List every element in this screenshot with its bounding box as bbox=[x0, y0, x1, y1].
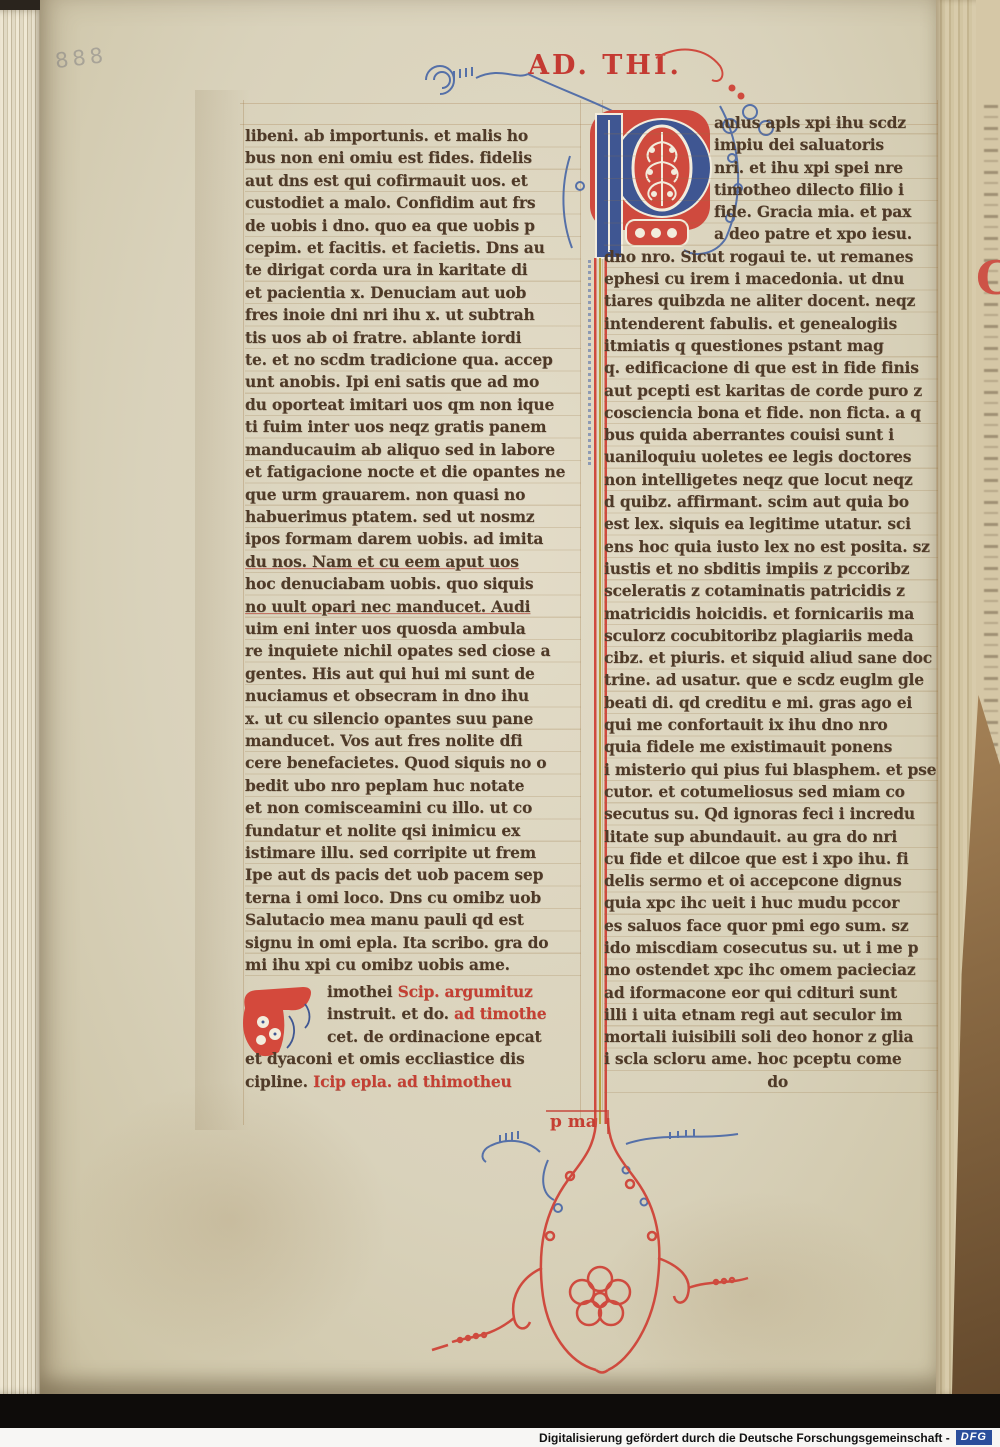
manuscript-text-line: unt anobis. Ipi eni satis que ad mo bbox=[245, 371, 581, 393]
manuscript-text-line: ido miscdiam cosecutus su. ut i me p bbox=[604, 937, 938, 959]
left-text-column: libeni. ab importunis. et malis hobus no… bbox=[245, 125, 581, 976]
manuscript-text-line: du nos. Nam et cu eem aput uos bbox=[245, 551, 581, 573]
manuscript-text-line: cet. de ordinacione epcat bbox=[245, 1026, 581, 1048]
manuscript-text-line: de uobis i dno. quo ea que uobis p bbox=[245, 215, 581, 237]
manuscript-text-line: terna i omi loco. Dns cu omibz uob bbox=[245, 887, 581, 909]
digitization-footer: Digitalisierung gefördert durch die Deut… bbox=[0, 1428, 1000, 1447]
manuscript-text-line: fres inoie dni nri ihu x. ut subtrah bbox=[245, 304, 581, 326]
manuscript-text-line: Salutacio mea manu pauli qd est bbox=[245, 909, 581, 931]
manuscript-text-line: x. ut cu silencio opantes suu pane bbox=[245, 708, 581, 730]
manuscript-text-line: aulus apls xpi ihu scdz bbox=[604, 112, 938, 134]
manuscript-text-line: delis sermo et oi accepcone dignus bbox=[604, 870, 938, 892]
manuscript-text-line: litate sup abundauit. au gra do nri bbox=[604, 826, 938, 848]
manuscript-text-line: quia fidele me existimauit ponens bbox=[604, 736, 938, 758]
manuscript-text-line: bus quida aberrantes couisi sunt i bbox=[604, 424, 938, 446]
manuscript-text-line: dno nro. Sicut rogaui te. ut remanes bbox=[604, 246, 938, 268]
book-page-stack-left bbox=[0, 10, 44, 1394]
manuscript-text-line: ipos formam darem uobis. ad imita bbox=[245, 528, 581, 550]
manuscript-text-line: ephesi cu irem i macedonia. ut dnu bbox=[604, 268, 938, 290]
manuscript-text-line: mi ihu xpi cu omibz uobis ame. bbox=[245, 954, 581, 976]
manuscript-scan: C 888 AD. THI. bbox=[0, 0, 1000, 1447]
manuscript-text-line: non intelligetes neqz que locut neqz bbox=[604, 469, 938, 491]
manuscript-text-line: quia xpc ihc ueit i huc mudu pccor bbox=[604, 892, 938, 914]
manuscript-text-line: do bbox=[604, 1071, 938, 1093]
manuscript-text-line: instruit. et do. ad timothe bbox=[245, 1003, 581, 1025]
manuscript-text-line: bedit ubo nro peplam huc notate bbox=[245, 775, 581, 797]
manuscript-text-line: mortali iuisibili soli deo honor z glia bbox=[604, 1026, 938, 1048]
manuscript-text-line: secutus su. Qd ignoras feci i incredu bbox=[604, 803, 938, 825]
manuscript-text-line: beati di. qd creditu e mi. gras ago ei bbox=[604, 692, 938, 714]
manuscript-text-line: qui me confortauit ix ihu dno nro bbox=[604, 714, 938, 736]
manuscript-text-line: aut pcepti est karitas de corde puro z bbox=[604, 380, 938, 402]
manuscript-text-line: et fatigacione nocte et die opantes ne bbox=[245, 461, 581, 483]
manuscript-text-line: Ipe aut ds pacis det uob pacem sep bbox=[245, 864, 581, 886]
manuscript-text-line: imothei Scip. argumituz bbox=[245, 981, 581, 1003]
manuscript-text-line: ad iformacone eor qui cdituri sunt bbox=[604, 982, 938, 1004]
manuscript-text-line: que urm grauarem. non quasi no bbox=[245, 484, 581, 506]
manuscript-text-line: timotheo dilecto filio i bbox=[604, 179, 938, 201]
ink-text: imothei bbox=[327, 982, 398, 1001]
ink-text: cet. de ordinacione epcat bbox=[327, 1027, 541, 1046]
rubric-text: Scip. argumituz bbox=[398, 982, 533, 1001]
manuscript-text-line: i scla scloru ame. hoc pceptu come bbox=[604, 1048, 938, 1070]
manuscript-text-line: cu fide et dilcoe que est i xpo ihu. fi bbox=[604, 848, 938, 870]
ink-text: cipline. bbox=[245, 1072, 313, 1091]
manuscript-text-line: tiares quibzda ne aliter docent. neqz bbox=[604, 290, 938, 312]
manuscript-text-line: hoc denuciabam uobis. quo siquis bbox=[245, 573, 581, 595]
manuscript-text-line: uim eni inter uos quosda ambula bbox=[245, 618, 581, 640]
manuscript-text-line: d quibz. affirmant. scim aut quia bo bbox=[604, 491, 938, 513]
manuscript-text-line: cipline. Icip epla. ad thimotheu bbox=[245, 1071, 581, 1093]
manuscript-text-line: sceleratis z cotaminatis patricidis z bbox=[604, 580, 938, 602]
manuscript-text-line: cosciencia bona et fide. non ficta. a q bbox=[604, 402, 938, 424]
manuscript-text-line: intenderent fabulis. et genealogiis bbox=[604, 313, 938, 335]
rubric-catchword: p ma bbox=[546, 1110, 609, 1134]
manuscript-text-line: habuerimus ptatem. sed ut nosmz bbox=[245, 506, 581, 528]
manuscript-text-line: signu in omi epla. Ita scribo. gra do bbox=[245, 932, 581, 954]
manuscript-text-line: te. et no scdm tradicione qua. accep bbox=[245, 349, 581, 371]
manuscript-text-line: a deo patre et xpo iesu. bbox=[604, 223, 938, 245]
rubric-text: ad timothe bbox=[454, 1004, 546, 1023]
manuscript-text-line: itmiatis q questiones pstant mag bbox=[604, 335, 938, 357]
manuscript-text-line: i misterio qui pius fui blasphem. et pse bbox=[604, 759, 938, 781]
manuscript-text-line: matricidis hoicidis. et fornicariis ma bbox=[604, 603, 938, 625]
rubric-text: Icip epla. ad thimotheu bbox=[313, 1072, 512, 1091]
manuscript-text-line: cere benefacietes. Quod siquis no o bbox=[245, 752, 581, 774]
manuscript-text-line: et non comisceamini cu illo. ut co bbox=[245, 797, 581, 819]
right-text-column: aulus apls xpi ihu scdzimpiu dei saluato… bbox=[604, 112, 938, 1093]
initial-p-tail-blue-accent bbox=[588, 260, 591, 465]
ink-text: instruit. et do. bbox=[327, 1004, 454, 1023]
scan-bottom-bar bbox=[0, 1394, 1000, 1428]
argumentum-block: imothei Scip. argumituzinstruit. et do. … bbox=[245, 981, 581, 1093]
manuscript-text-line: manducet. Vos aut fres nolite dfi bbox=[245, 730, 581, 752]
manuscript-text-line: du oporteat imitari uos qm non ique bbox=[245, 394, 581, 416]
manuscript-text-line: est lex. siquis ea legitime utatur. sci bbox=[604, 513, 938, 535]
manuscript-text-line: re inquiete nichil opates sed ciose a bbox=[245, 640, 581, 662]
manuscript-text-line: cepim. et facitis. et facietis. Dns au bbox=[245, 237, 581, 259]
manuscript-text-line: ens hoc quia iusto lex no est posita. sz bbox=[604, 536, 938, 558]
manuscript-text-line: istimare illu. sed corripite ut frem bbox=[245, 842, 581, 864]
manuscript-text-line: es saluos face quor pmi ego sum. sz bbox=[604, 915, 938, 937]
manuscript-text-line: impiu dei saluatoris bbox=[604, 134, 938, 156]
penwork-flourish-bottom bbox=[430, 1118, 750, 1388]
ruling-line bbox=[243, 100, 244, 1125]
manuscript-text-line: et pacientia x. Denuciam aut uob bbox=[245, 282, 581, 304]
manuscript-text-line: fide. Gracia mia. et pax bbox=[604, 201, 938, 223]
manuscript-text-line: q. edificacione di que est in fide finis bbox=[604, 357, 938, 379]
manuscript-text-line: nri. et ihu xpi spei nre bbox=[604, 157, 938, 179]
manuscript-text-line: mo ostendet xpc ihc omem pacieciaz bbox=[604, 959, 938, 981]
manuscript-text-line: ti fuim inter uos neqz gratis panem bbox=[245, 416, 581, 438]
next-page-red-initial: C bbox=[976, 255, 1000, 301]
digitization-credit-text: Digitalisierung gefördert durch die Deut… bbox=[539, 1431, 950, 1445]
manuscript-text-line: illi i uita etnam regi aut seculor im bbox=[604, 1004, 938, 1026]
dfg-logo: DFG bbox=[956, 1430, 992, 1445]
manuscript-text-line: uaniloquiu uoletes ee legis doctores bbox=[604, 446, 938, 468]
manuscript-text-line: te dirigat corda ura in karitate di bbox=[245, 259, 581, 281]
manuscript-text-line: cutor. et cotumeliosus sed miam co bbox=[604, 781, 938, 803]
manuscript-text-line: gentes. His aut qui hui mi sunt de bbox=[245, 663, 581, 685]
manuscript-text-line: no uult opari nec manducet. Audi bbox=[245, 596, 581, 618]
manuscript-text-line: iustis et no sbditis impiis z pccoribz bbox=[604, 558, 938, 580]
manuscript-text-line: cibz. et piuris. et siquid aliud sane do… bbox=[604, 647, 938, 669]
manuscript-text-line: aut dns est qui cofirmauit uos. et bbox=[245, 170, 581, 192]
manuscript-text-line: et dyaconi et omis eccliastice dis bbox=[245, 1048, 581, 1070]
ink-text: et dyaconi et omis eccliastice dis bbox=[245, 1049, 524, 1068]
manuscript-text-line: custodiet a malo. Confidim aut frs bbox=[245, 192, 581, 214]
manuscript-text-line: trine. ad usatur. que e scdz euglm gle bbox=[604, 669, 938, 691]
manuscript-text-line: sculorz cocubitoribz plagiariis meda bbox=[604, 625, 938, 647]
manuscript-text-line: manducauim ab aliquo sed in labore bbox=[245, 439, 581, 461]
manuscript-text-line: fundatur et nolite qsi inimicu ex bbox=[245, 820, 581, 842]
manuscript-text-line: tis uos ab oi fratre. ablante iordi bbox=[245, 327, 581, 349]
manuscript-text-line: bus non eni omiu est fides. fidelis bbox=[245, 147, 581, 169]
manuscript-text-line: nuciamus et obsecram in dno ihu bbox=[245, 685, 581, 707]
manuscript-text-line: libeni. ab importunis. et malis ho bbox=[245, 125, 581, 147]
